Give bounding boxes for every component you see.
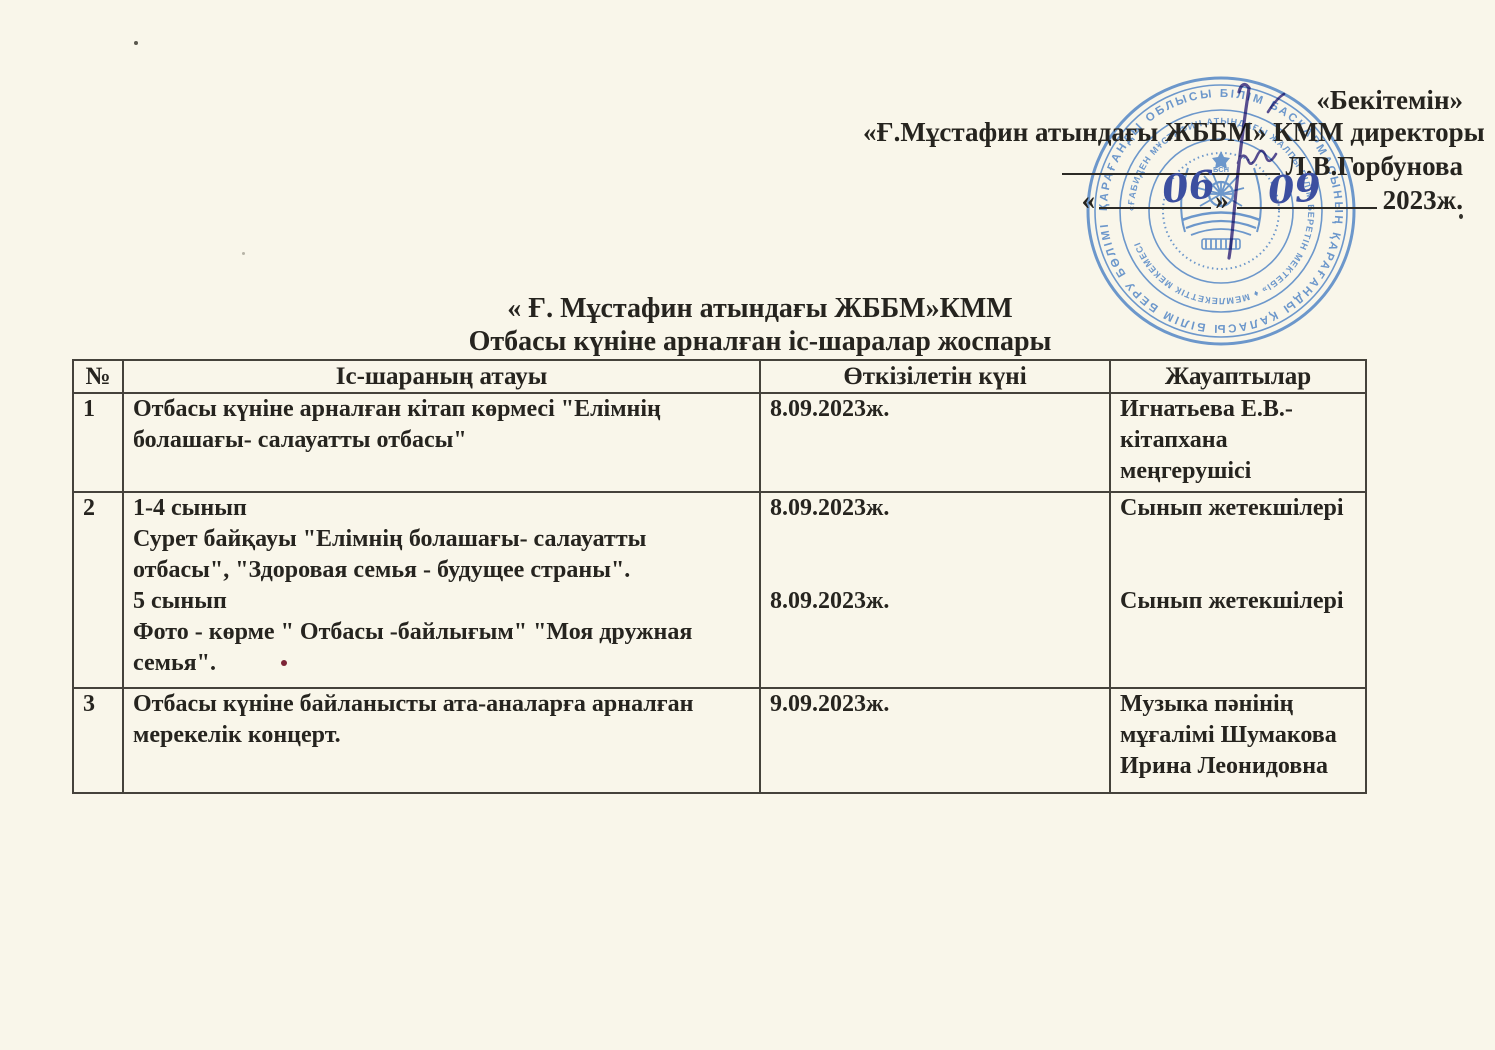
responsible-line: мұғалімі Шумакова [1120, 720, 1359, 751]
row-number: 3 [73, 688, 123, 793]
responsible-line: Музыка пәнінің [1120, 689, 1359, 720]
director-signature [1165, 68, 1305, 268]
table-header-row: № Іс-шараның атауы Өткізілетін күні Жауа… [73, 360, 1366, 393]
activity-cell: 1-4 сынып Сурет байқауы "Елімнің болашағ… [123, 492, 760, 688]
date-open-quote: « [1082, 185, 1096, 215]
date-cell: 9.09.2023ж. [760, 688, 1110, 793]
activity-line: мерекелік концерт. [133, 720, 753, 751]
title-line-1: « Ғ. Мұстафин атындағы ЖББМ»КММ [0, 292, 1495, 325]
date-line: «»2023ж. [863, 182, 1463, 216]
activity-line: отбасы", "Здоровая семья - будущее стран… [133, 555, 753, 586]
document-title: « Ғ. Мұстафин атындағы ЖББМ»КММ Отбасы к… [0, 292, 1495, 358]
date-value: 8.09.2023ж. [770, 586, 1103, 617]
date-year: 2023ж. [1383, 185, 1463, 215]
responsible-line: Ирина Леонидовна [1120, 751, 1359, 782]
director-name: Л.В.Горбунова [1286, 151, 1463, 181]
responsible-line: Сынып жетекшілері [1120, 586, 1359, 617]
scan-speck [281, 660, 287, 666]
activity-line: Фото - көрме " Отбасы -байлығым" "Моя др… [133, 617, 753, 648]
responsible-line: кітапхана [1120, 425, 1359, 456]
table-row: 2 1-4 сынып Сурет байқауы "Елімнің болаш… [73, 492, 1366, 688]
row-number: 1 [73, 393, 123, 492]
scan-speck [242, 252, 245, 255]
row-number: 2 [73, 492, 123, 688]
activity-line: Отбасы күніне арналған кітап көрмесі "Ел… [133, 394, 753, 425]
responsible-line: меңгерушісі [1120, 456, 1359, 487]
activity-line: 1-4 сынып [133, 493, 753, 524]
responsible-line: Игнатьева Е.В.- [1120, 394, 1359, 425]
scan-speck [134, 41, 138, 45]
scanned-document-page: БСН ҚАРАҒАНДЫ ОБЛЫСЫ БІЛІМ БАСҚАРМАСЫНЫҢ… [0, 0, 1495, 1050]
date-value: 9.09.2023ж. [770, 689, 1103, 720]
activity-line: Отбасы күніне байланысты ата-аналарға ар… [133, 689, 753, 720]
title-line-2: Отбасы күніне арналған іс-шаралар жоспар… [0, 325, 1495, 358]
responsible-cell: Игнатьева Е.В.- кітапхана меңгерушісі [1110, 393, 1366, 492]
table-row: 3 Отбасы күніне байланысты ата-аналарға … [73, 688, 1366, 793]
signature-line: Л.В.Горбунова [863, 148, 1463, 182]
header-number: № [73, 360, 123, 393]
header-activity: Іс-шараның атауы [123, 360, 760, 393]
activity-line: Сурет байқауы "Елімнің болашағы- салауат… [133, 524, 753, 555]
activity-line: болашағы- салауатты отбасы" [133, 425, 753, 456]
header-responsible: Жауаптылар [1110, 360, 1366, 393]
date-value: 8.09.2023ж. [770, 493, 1103, 524]
responsible-cell: Сынып жетекшілері Сынып жетекшілері [1110, 492, 1366, 688]
approval-block: «Бекітемін» «Ғ.Мұстафин атындағы ЖББМ» К… [863, 84, 1463, 216]
activity-line: семья". [133, 648, 753, 679]
responsible-line: Сынып жетекшілері [1120, 493, 1359, 524]
responsible-cell: Музыка пәнінің мұғалімі Шумакова Ирина Л… [1110, 688, 1366, 793]
events-plan-table: № Іс-шараның атауы Өткізілетін күні Жауа… [72, 359, 1367, 794]
date-cell: 8.09.2023ж. 8.09.2023ж. [760, 492, 1110, 688]
approval-director-title: «Ғ.Мұстафин атындағы ЖББМ» КММ директоры [863, 116, 1463, 148]
activity-cell: Отбасы күніне байланысты ата-аналарға ар… [123, 688, 760, 793]
scan-speck [1459, 214, 1463, 219]
activity-line: 5 сынып [133, 586, 753, 617]
approval-heading: «Бекітемін» [863, 84, 1463, 116]
date-value: 8.09.2023ж. [770, 394, 1103, 425]
date-cell: 8.09.2023ж. [760, 393, 1110, 492]
activity-cell: Отбасы күніне арналған кітап көрмесі "Ел… [123, 393, 760, 492]
header-date: Өткізілетін күні [760, 360, 1110, 393]
table-row: 1 Отбасы күніне арналған кітап көрмесі "… [73, 393, 1366, 492]
